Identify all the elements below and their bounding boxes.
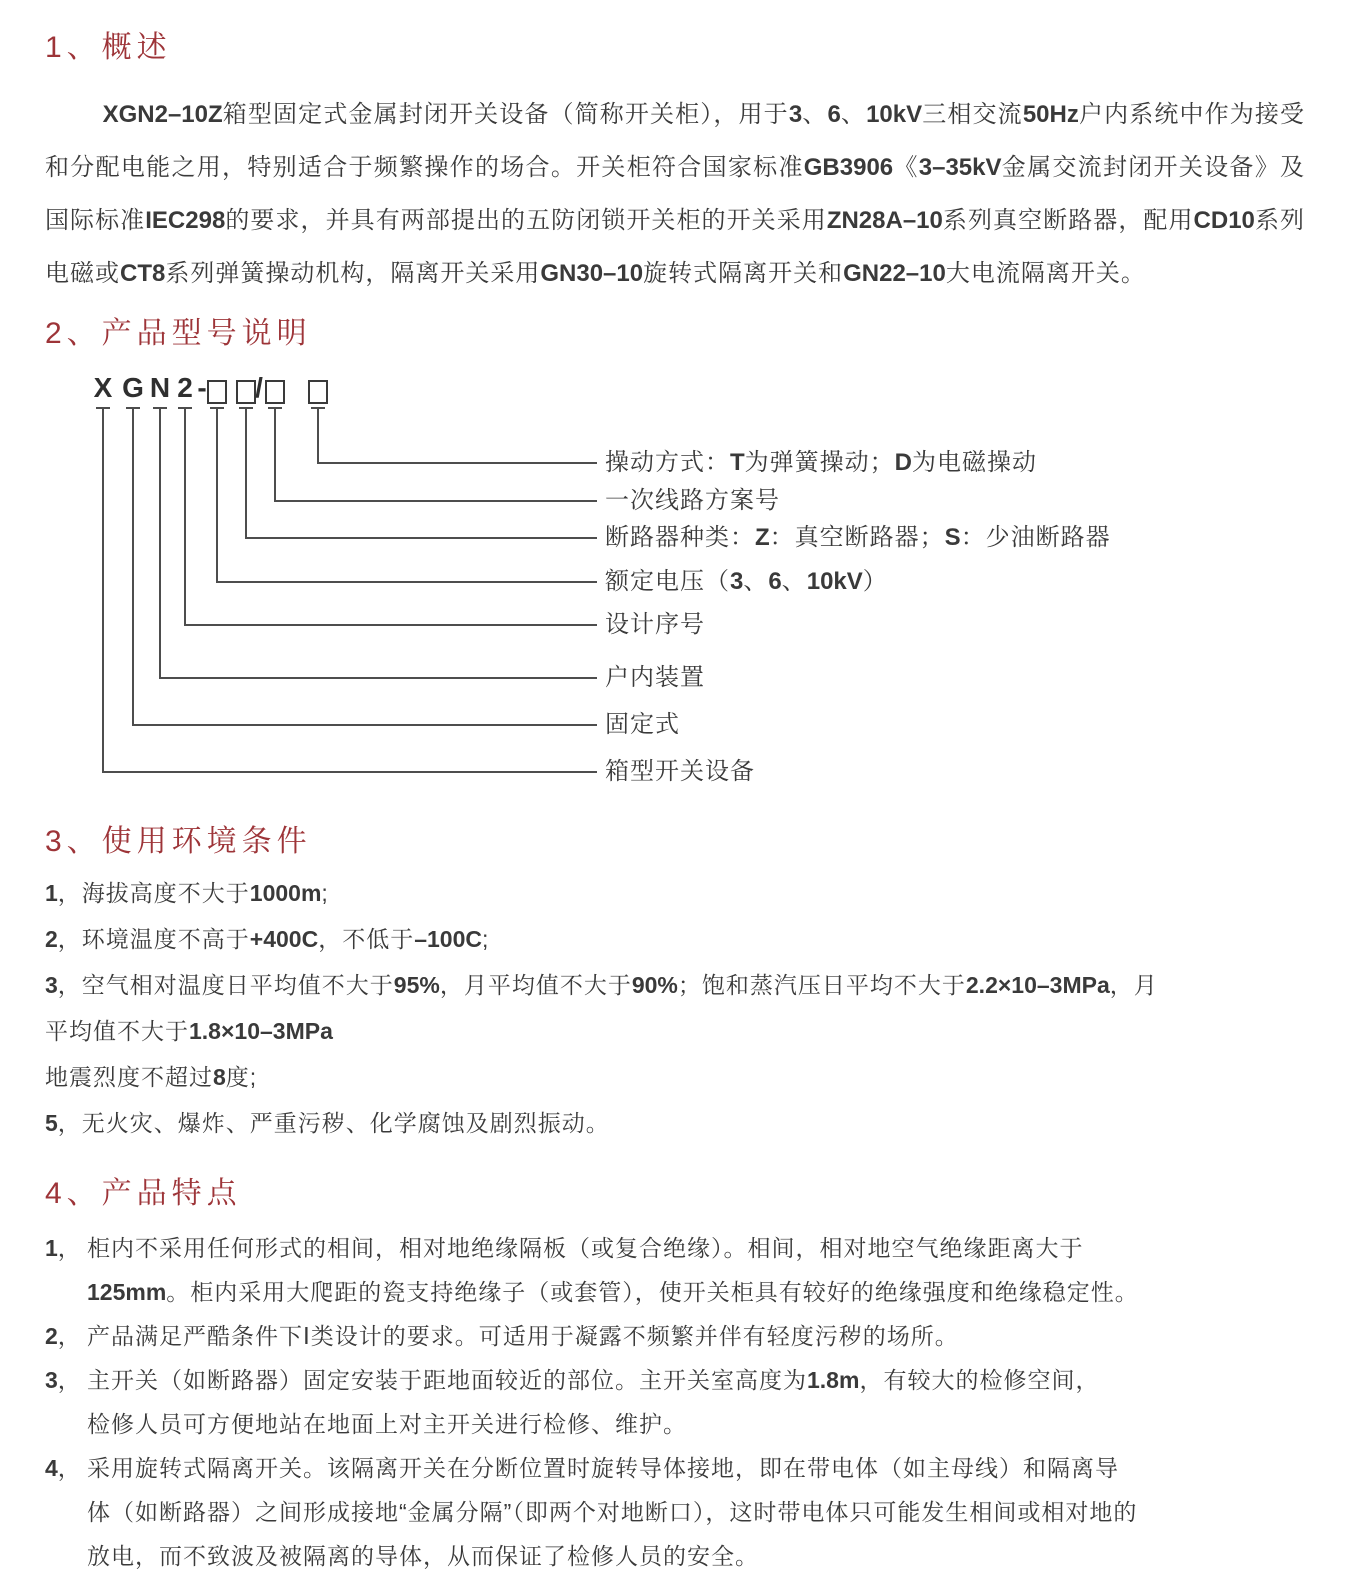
section4-title: 4、产品特点 — [45, 1174, 1305, 1214]
section3-title: 3、使用环境条件 — [45, 822, 1305, 862]
env-condition-line: 2，环境温度不高于+400C，不低于–100C; — [45, 916, 1305, 962]
model-placeholder-box — [265, 380, 285, 404]
diagram-label-breaker-type: 断路器种类：Z：真空断路器；S：少油断路器 — [605, 523, 1111, 553]
diagram-label-fixed-type: 固定式 — [605, 710, 680, 740]
model-code-slash: / — [255, 372, 263, 404]
overview-paragraph: XGN2–10Z箱型固定式金属封闭开关设备（简称开关柜），用于3、6、10kV三… — [45, 88, 1305, 300]
feature-item: 4，采用旋转式隔离开关。该隔离开关在分断位置时旋转导体接地，即在带电体（如主母线… — [45, 1446, 1305, 1490]
diagram-label-indoor-device: 户内装置 — [605, 663, 705, 693]
feature-item-continuation: 放电，而不致波及被隔离的导体，从而保证了检修人员的安全。 — [45, 1534, 1305, 1578]
model-placeholder-box — [236, 380, 256, 404]
feature-item-text: 主开关（如断路器）固定安装于距地面较近的部位。主开关室高度为1.8m，有较大的检… — [87, 1367, 1099, 1393]
connector-indoor-device — [153, 408, 597, 678]
feature-item: 3，主开关（如断路器）固定安装于距地面较近的部位。主开关室高度为1.8m，有较大… — [45, 1358, 1305, 1402]
document-page: 1、概述 XGN2–10Z箱型固定式金属封闭开关设备（简称开关柜），用于3、6、… — [0, 0, 1350, 1584]
connector-operating-mode — [311, 408, 597, 463]
model-placeholder-box — [308, 380, 328, 404]
model-code-letter-g: G — [122, 372, 144, 404]
feature-item-continuation: 125mm。柜内采用大爬距的瓷支持绝缘子（或套管），使开关柜具有较好的绝缘强度和… — [45, 1270, 1305, 1314]
feature-item-number: 3， — [45, 1358, 87, 1402]
section1-title: 1、概述 — [45, 28, 1305, 68]
diagram-label-operating-mode: 操动方式：T为弹簧操动；D为电磁操动 — [605, 448, 1037, 478]
diagram-label-box-type: 箱型开关设备 — [605, 757, 755, 787]
model-placeholder-box — [207, 380, 227, 404]
section2-title: 2、产品型号说明 — [45, 314, 1305, 354]
env-condition-line: 地震烈度不超过8度; — [45, 1054, 1305, 1100]
product-features-list: 1，柜内不采用任何形式的相间，相对地绝缘隔板（或复合绝缘）。相间，相对地空气绝缘… — [45, 1226, 1305, 1578]
feature-item-number: 1， — [45, 1226, 87, 1270]
model-designation-diagram: X G N 2 - / 操动方式：T为弹簧操动；D为电磁操动 一次线路方案号 断… — [45, 370, 1305, 802]
model-code-letter-n: N — [150, 372, 170, 404]
connector-breaker-type — [239, 408, 597, 538]
model-code-letter-x: X — [94, 372, 113, 404]
connector-design-serial — [178, 408, 597, 625]
connector-rated-voltage — [210, 408, 597, 582]
model-code-hyphen: - — [197, 372, 206, 404]
diagram-label-design-serial: 设计序号 — [605, 610, 705, 640]
feature-item: 2，产品满足严酷条件下Ⅰ类设计的要求。可适用于凝露不频繁并伴有轻度污秽的场所。 — [45, 1314, 1305, 1358]
feature-item: 1，柜内不采用任何形式的相间，相对地绝缘隔板（或复合绝缘）。相间，相对地空气绝缘… — [45, 1226, 1305, 1270]
feature-item-number: 2， — [45, 1314, 87, 1358]
env-condition-line: 1，海拔高度不大于1000m; — [45, 870, 1305, 916]
feature-item-number: 4， — [45, 1446, 87, 1490]
model-code-digit-2: 2 — [177, 372, 193, 404]
feature-item-continuation: 体（如断路器）之间形成接地“金属分隔”（即两个对地断口），这时带电体只可能发生相… — [45, 1490, 1305, 1534]
diagram-label-primary-scheme: 一次线路方案号 — [605, 486, 780, 516]
env-condition-line: 5，无火灾、爆炸、严重污秽、化学腐蚀及剧烈振动。 — [45, 1100, 1305, 1146]
feature-item-text: 柜内不采用任何形式的相间，相对地绝缘隔板（或复合绝缘）。相间，相对地空气绝缘距离… — [87, 1235, 1084, 1261]
diagram-label-rated-voltage: 额定电压（3、6、10kV） — [605, 567, 888, 597]
feature-item-continuation: 检修人员可方便地站在地面上对主开关进行检修、维护。 — [45, 1402, 1305, 1446]
env-condition-line: 平均值不大于1.8×10–3MPa — [45, 1008, 1305, 1054]
feature-item-text: 产品满足严酷条件下Ⅰ类设计的要求。可适用于凝露不频繁并伴有轻度污秽的场所。 — [87, 1323, 959, 1349]
feature-item-text: 采用旋转式隔离开关。该隔离开关在分断位置时旋转导体接地，即在带电体（如主母线）和… — [87, 1455, 1119, 1481]
env-condition-line: 3，空气相对温度日平均值不大于95%，月平均值不大于90%；饱和蒸汽压日平均不大… — [45, 962, 1305, 1008]
environment-conditions-list: 1，海拔高度不大于1000m; 2，环境温度不高于+400C，不低于–100C;… — [45, 870, 1305, 1146]
